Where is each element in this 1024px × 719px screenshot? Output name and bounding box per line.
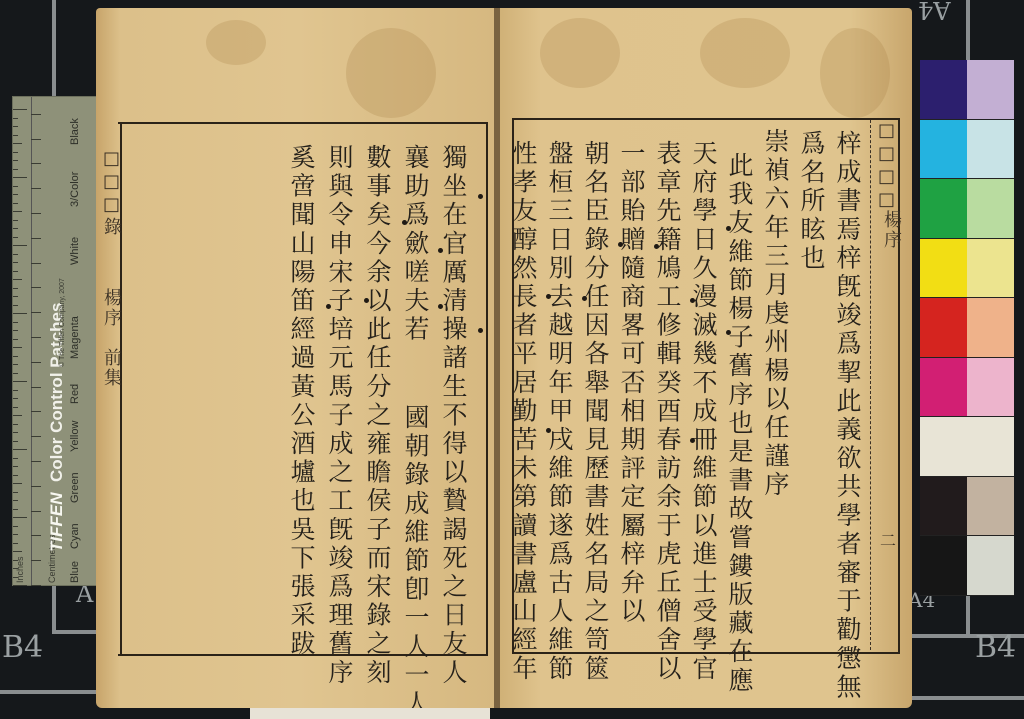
right-margin-section: 楊序 (878, 210, 904, 250)
patch-green-dark (920, 179, 967, 239)
ruler-tick (13, 543, 18, 544)
mat-label-a4-top: A4 (918, 0, 951, 24)
ruler-color-label: 3/Color (69, 172, 81, 207)
right-page-number: 二 (880, 528, 896, 551)
right-page-text: 梓成書焉梓旣竣爲挈此義欲共學者審于勸懲無 爲名所眩也 崇禎六年三月虔州楊以任謹序… (518, 130, 868, 640)
ruler-tick (13, 364, 18, 365)
ruler-tick (13, 398, 18, 399)
ruler-tick (13, 237, 18, 238)
ruler-tick (31, 387, 41, 388)
ruler-tick (13, 262, 18, 263)
ruler-tick (13, 169, 18, 170)
ruler-tick (31, 337, 41, 338)
ruler-tick (31, 411, 41, 412)
ruler-tick (31, 114, 41, 115)
right-margin-title: □□□□ (876, 120, 897, 212)
ruler-tick (13, 186, 18, 187)
patch-red-dark (920, 298, 967, 358)
ruler-tick (31, 436, 41, 437)
mat-label-b4-right: B4 (975, 630, 1016, 665)
punctuation-dot (726, 330, 731, 335)
punctuation-dot (326, 304, 331, 309)
text-column: 奚啻聞山陽笛經過黃公酒壚也吳下張采跋 (286, 144, 316, 659)
ruler-tick (13, 424, 18, 425)
ruler-tick (13, 373, 18, 374)
ruler-tick (13, 135, 18, 136)
punctuation-dot (690, 298, 695, 303)
patch-green-light (967, 179, 1014, 239)
ruler-tick (13, 432, 18, 433)
book-right-page: □□□□ 楊序 二 梓成書焉梓旣竣爲挈此義欲共學者審于勸懲無 爲名所眩也 崇禎六… (500, 8, 912, 708)
ruler-tick (13, 160, 18, 161)
ruler-tick (13, 500, 18, 501)
ruler-tick (13, 517, 27, 518)
ruler-units-inches: Inches (15, 556, 25, 583)
left-margin-volume: 前集 (98, 348, 124, 388)
patch-magenta-dark (920, 358, 967, 418)
ruler-tick (13, 288, 18, 289)
punctuation-dot (582, 296, 587, 301)
color-control-patches (920, 60, 1014, 596)
text-column: 爲名所眩也 (796, 130, 826, 273)
ruler-tick (31, 535, 41, 536)
ruler-tick (13, 585, 27, 586)
text-column: 性孝友醇然長者平居勤苦未第讀書盧山經年 (508, 140, 538, 683)
ruler-inch-scale (13, 97, 32, 585)
ruler-tick (13, 483, 22, 484)
ruler-tick (13, 305, 18, 306)
ruler-tick (13, 466, 18, 467)
water-stain (346, 28, 436, 118)
ruler-tick (13, 143, 22, 144)
ruler-tick (13, 271, 18, 272)
patch-yellow-light (967, 239, 1014, 299)
paper-tab (250, 708, 490, 719)
patch-cyan-dark (920, 120, 967, 180)
patch-magenta-light (967, 358, 1014, 418)
ruler-tick (13, 509, 18, 510)
ruler-tick (13, 390, 18, 391)
ruler-tick (13, 551, 22, 552)
book-left-page: □□□錄 楊序 前集 獨坐在官厲清操諸生不得以贄謁死之日友人 襄助爲歛嗟夫若 國… (96, 8, 498, 708)
ruler-color-label: Green (69, 472, 81, 503)
ruler-tick (13, 118, 18, 119)
ruler-tick (31, 238, 41, 239)
punctuation-dot (690, 438, 695, 443)
ruler-color-label: Blue (69, 561, 81, 583)
punctuation-dot (546, 428, 551, 433)
ruler-tick (31, 139, 41, 140)
ruler-tick (13, 313, 27, 314)
patch-blue-dark (920, 60, 967, 120)
mat-grid-line (0, 690, 96, 694)
patch-3color-dark (920, 477, 967, 537)
ruler-tick (13, 534, 18, 535)
ruler-tick (31, 188, 41, 189)
ruler-tick (13, 211, 22, 212)
text-column: 則與令申宋子培元馬子成之工旣竣爲理舊序 (324, 144, 354, 687)
ruler-tick (13, 177, 27, 178)
ruler-tick (31, 163, 41, 164)
ruler-tick (13, 254, 18, 255)
patch-3color-light (967, 477, 1014, 537)
ruler-tick (13, 220, 18, 221)
water-stain (206, 20, 266, 65)
ruler-tick (13, 492, 18, 493)
ruler-tick (13, 126, 18, 127)
ruler-color-label: Magenta (69, 316, 81, 359)
text-column: 襄助爲歛嗟夫若 (400, 144, 430, 344)
ruler-tick (31, 511, 41, 512)
ruler-tick (31, 312, 41, 313)
punctuation-dot (726, 226, 731, 231)
patch-red-light (967, 298, 1014, 358)
patch-black-light (967, 536, 1014, 596)
ruler-tick (13, 356, 18, 357)
tiffen-ruler: Inches Centimetres TIFFEN Color Control … (12, 96, 100, 586)
ruler-brand: TIFFEN (47, 493, 67, 553)
ruler-tick (13, 449, 27, 450)
ruler-tick (13, 407, 18, 408)
mat-label-b4-left: B4 (2, 630, 43, 665)
left-margin-section: 楊序 (98, 288, 124, 328)
text-column: 此我友維節楊子舊序也是書故嘗鏤版藏在應 (724, 152, 754, 695)
mat-grid-line (966, 596, 970, 636)
text-column: 天府學日久漫滅幾不成冊維節以進士受學官 (688, 140, 718, 683)
punctuation-dot (402, 220, 407, 225)
ruler-tick (13, 203, 18, 204)
ruler-tick (13, 194, 18, 195)
mat-grid-line (966, 0, 970, 60)
right-page-margin-rule (870, 120, 872, 650)
patch-blue-light (967, 60, 1014, 120)
ruler-tick (31, 213, 41, 214)
ruler-tick (31, 263, 41, 264)
text-column: 崇禎六年三月虔州楊以任謹序 (760, 128, 790, 500)
ruler-tick (13, 245, 27, 246)
ruler-tick (13, 330, 18, 331)
punctuation-dot (438, 304, 443, 309)
patch-cyan-light (967, 120, 1014, 180)
ruler-tick (13, 322, 18, 323)
punctuation-dot (478, 194, 483, 199)
mat-grid-line (912, 696, 1024, 700)
ruler-tick (13, 347, 22, 348)
text-column: 盤桓三日別去越明年甲戌維節遂爲古人維節 (544, 140, 574, 683)
ruler-tick (13, 296, 18, 297)
ruler-tick (31, 461, 41, 462)
left-margin-title: □□□錄 (98, 148, 124, 237)
text-column: 朝名臣錄分任因各舉聞見歷書姓名局之笥篋 (580, 140, 610, 683)
mat-grid-line (52, 0, 56, 96)
patch-black-dark (920, 536, 967, 596)
ruler-tick (13, 152, 18, 153)
ruler-cm-scale (31, 97, 47, 585)
punctuation-dot (546, 294, 551, 299)
ruler-tick (13, 381, 27, 382)
ruler-tick (13, 279, 22, 280)
ruler-color-label: Black (69, 118, 81, 145)
water-stain (540, 18, 620, 88)
text-column: 獨坐在官厲清操諸生不得以贄謁死之日友人 (438, 144, 468, 687)
left-page-text: 獨坐在官厲清操諸生不得以贄謁死之日友人 襄助爲歛嗟夫若 國朝錄成維節卽一人一人 … (286, 144, 486, 644)
text-column: 表章先籍鳩工修輯癸酉春訪余于虎丘僧舍以 (652, 140, 682, 683)
ruler-tick (13, 109, 27, 110)
ruler-tick (13, 415, 22, 416)
patch-yellow-dark (920, 239, 967, 299)
mat-grid-line (52, 630, 96, 634)
ruler-color-label: Red (69, 384, 81, 404)
ruler-tick (31, 585, 41, 586)
mat-grid-line (52, 584, 56, 634)
punctuation-dot (364, 298, 369, 303)
patch-white (920, 417, 1014, 477)
ruler-tick (13, 228, 18, 229)
ruler-tick (31, 560, 41, 561)
ruler-color-label: White (69, 237, 81, 265)
ruler-color-label: Yellow (69, 421, 81, 452)
ruler-tick (13, 458, 18, 459)
ruler-tick (13, 441, 18, 442)
ruler-tick (31, 486, 41, 487)
ruler-tick (13, 339, 18, 340)
text-column: 國朝錄成維節卽一人一人 (400, 404, 430, 719)
ruler-color-label: Cyan (69, 523, 81, 549)
water-stain (700, 18, 790, 88)
text-column: 梓成書焉梓旣竣爲挈此義欲共學者審于勸懲無 (832, 130, 862, 702)
ruler-tick (31, 362, 41, 363)
ruler-copyright: © The Tiffen Company, 2007 (59, 278, 66, 367)
ruler-tick (13, 526, 18, 527)
ruler-tick (13, 475, 18, 476)
text-column: 一部貽贈隨商畧可否相期評定屬梓弁以 (616, 140, 646, 626)
punctuation-dot (654, 244, 659, 249)
punctuation-dot (478, 328, 483, 333)
punctuation-dot (618, 242, 623, 247)
text-column: 數事矣今余以此任分之雍瞻侯子而宋錄之刻 (362, 144, 392, 687)
punctuation-dot (438, 248, 443, 253)
ruler-tick (31, 287, 41, 288)
water-stain (820, 28, 890, 118)
